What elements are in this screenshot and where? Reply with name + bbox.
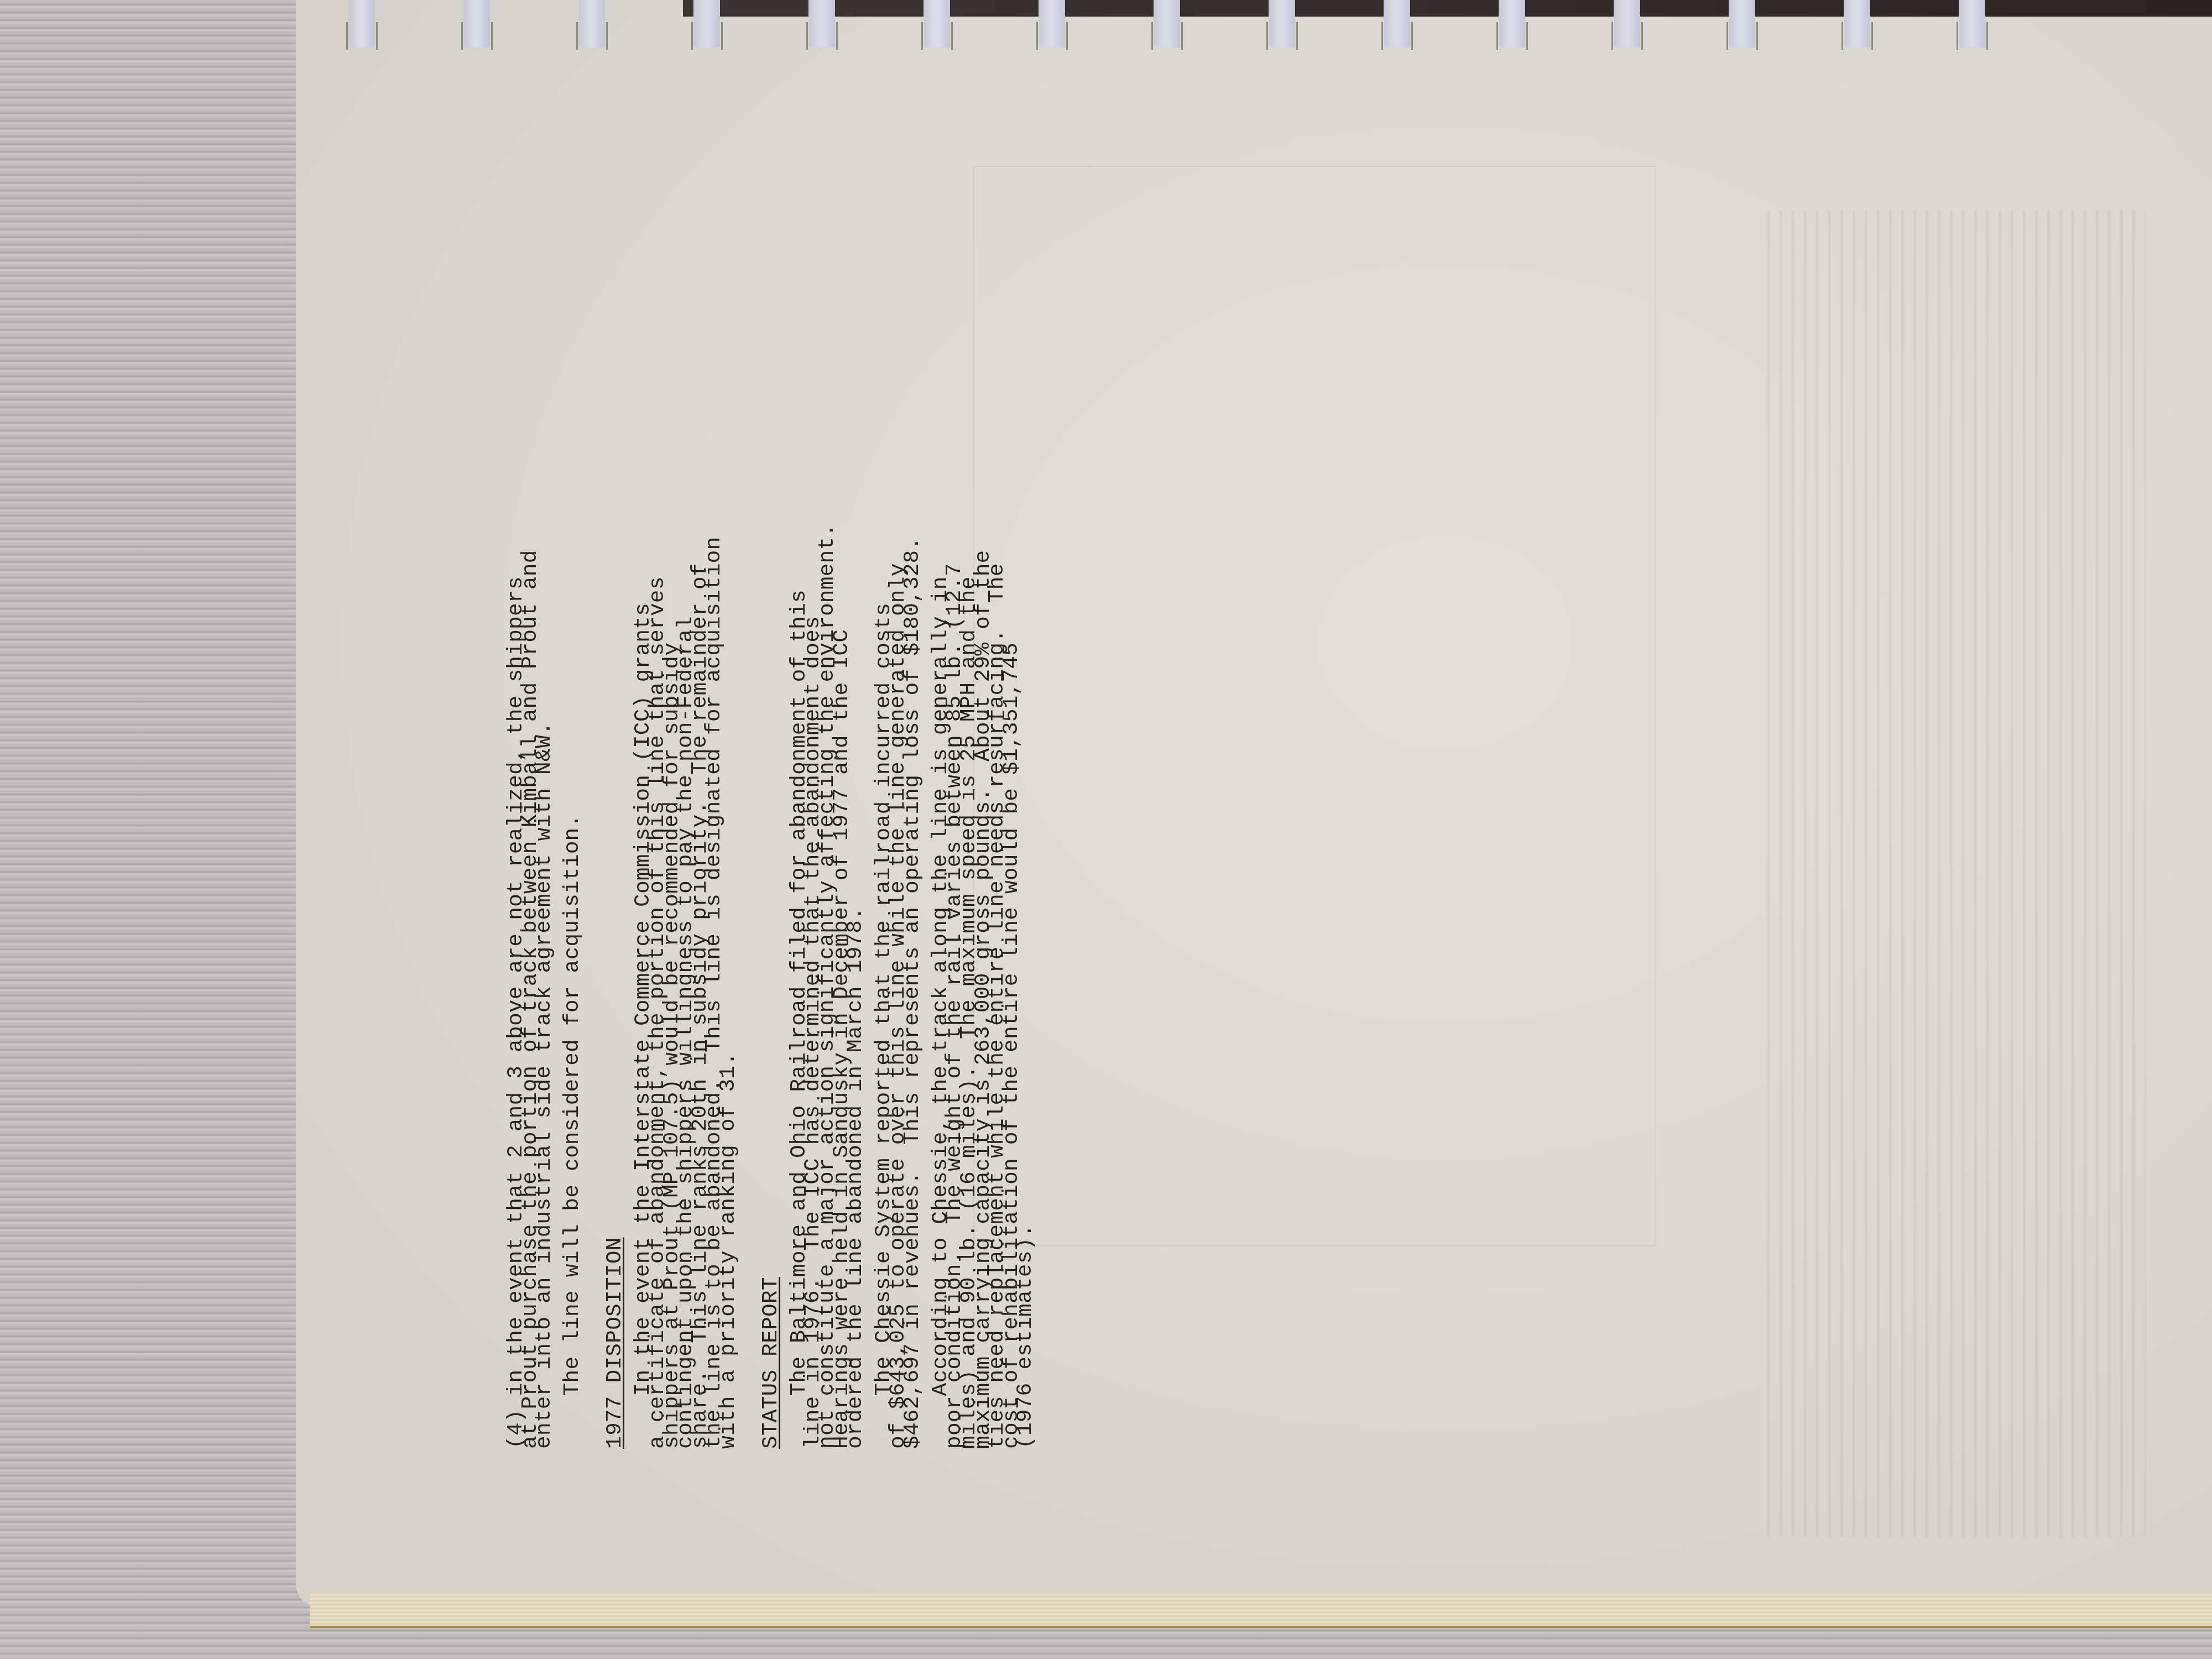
binding-slot [1496, 22, 1498, 50]
binding-ring [463, 0, 490, 48]
binding-ring [1959, 0, 1985, 48]
binding-slot [606, 22, 608, 50]
binding-slot [721, 22, 723, 50]
binding-slot [921, 22, 923, 50]
binding-ring [1384, 0, 1410, 48]
binding-slot [1871, 22, 1873, 50]
binding-ring [1844, 0, 1870, 48]
binding-ring [1614, 0, 1640, 48]
binding-slot [836, 22, 838, 50]
binding-slot [491, 22, 493, 50]
binding-slot [376, 22, 378, 50]
section-heading-status-report: STATUS REPORT [764, 155, 778, 1449]
binding-slot [1986, 22, 1988, 50]
binding-slot [1957, 22, 1958, 50]
binding-ring [693, 0, 720, 48]
binding-slot [346, 22, 348, 50]
comb-binding [296, 0, 2212, 50]
text-line: $462,697 in revenues. This represents an… [905, 155, 920, 1449]
binding-slot [1611, 22, 1613, 50]
binding-slot [1381, 22, 1383, 50]
binding-ring [1499, 0, 1525, 48]
binding-ring [1269, 0, 1295, 48]
binding-ring [578, 0, 605, 48]
binding-ring [808, 0, 835, 48]
binding-slot [1526, 22, 1528, 50]
bleed-through-text [1759, 210, 2146, 1537]
binding-slot [576, 22, 578, 50]
binding-slot [1266, 22, 1268, 50]
binding-slot [1036, 22, 1038, 50]
binding-ring [1154, 0, 1180, 48]
binding-slot [1151, 22, 1153, 50]
binding-slot [1641, 22, 1643, 50]
page-stack-edge [310, 1593, 2212, 1628]
binding-slot [951, 22, 953, 50]
binding-slot [1841, 22, 1843, 50]
binding-ring [1729, 0, 1755, 48]
binding-slot [1726, 22, 1728, 50]
typed-text: (4) in the event that 2 and 3 above are … [509, 155, 1670, 1449]
binding-ring [1039, 0, 1065, 48]
text-line: The line will be considered for acquisit… [565, 155, 580, 1449]
binding-slot [691, 22, 693, 50]
section-heading-disposition: 1977 DISPOSITION [608, 155, 622, 1449]
binding-slot [461, 22, 463, 50]
text-line: enter into an industrial side track agre… [537, 155, 551, 1449]
binding-slot [1756, 22, 1758, 50]
binding-slot [1411, 22, 1413, 50]
binding-ring [348, 0, 375, 48]
binding-slot [1296, 22, 1298, 50]
binding-slot [806, 22, 808, 50]
binding-ring [924, 0, 950, 48]
binding-slot [1181, 22, 1183, 50]
binding-slot [1066, 22, 1068, 50]
